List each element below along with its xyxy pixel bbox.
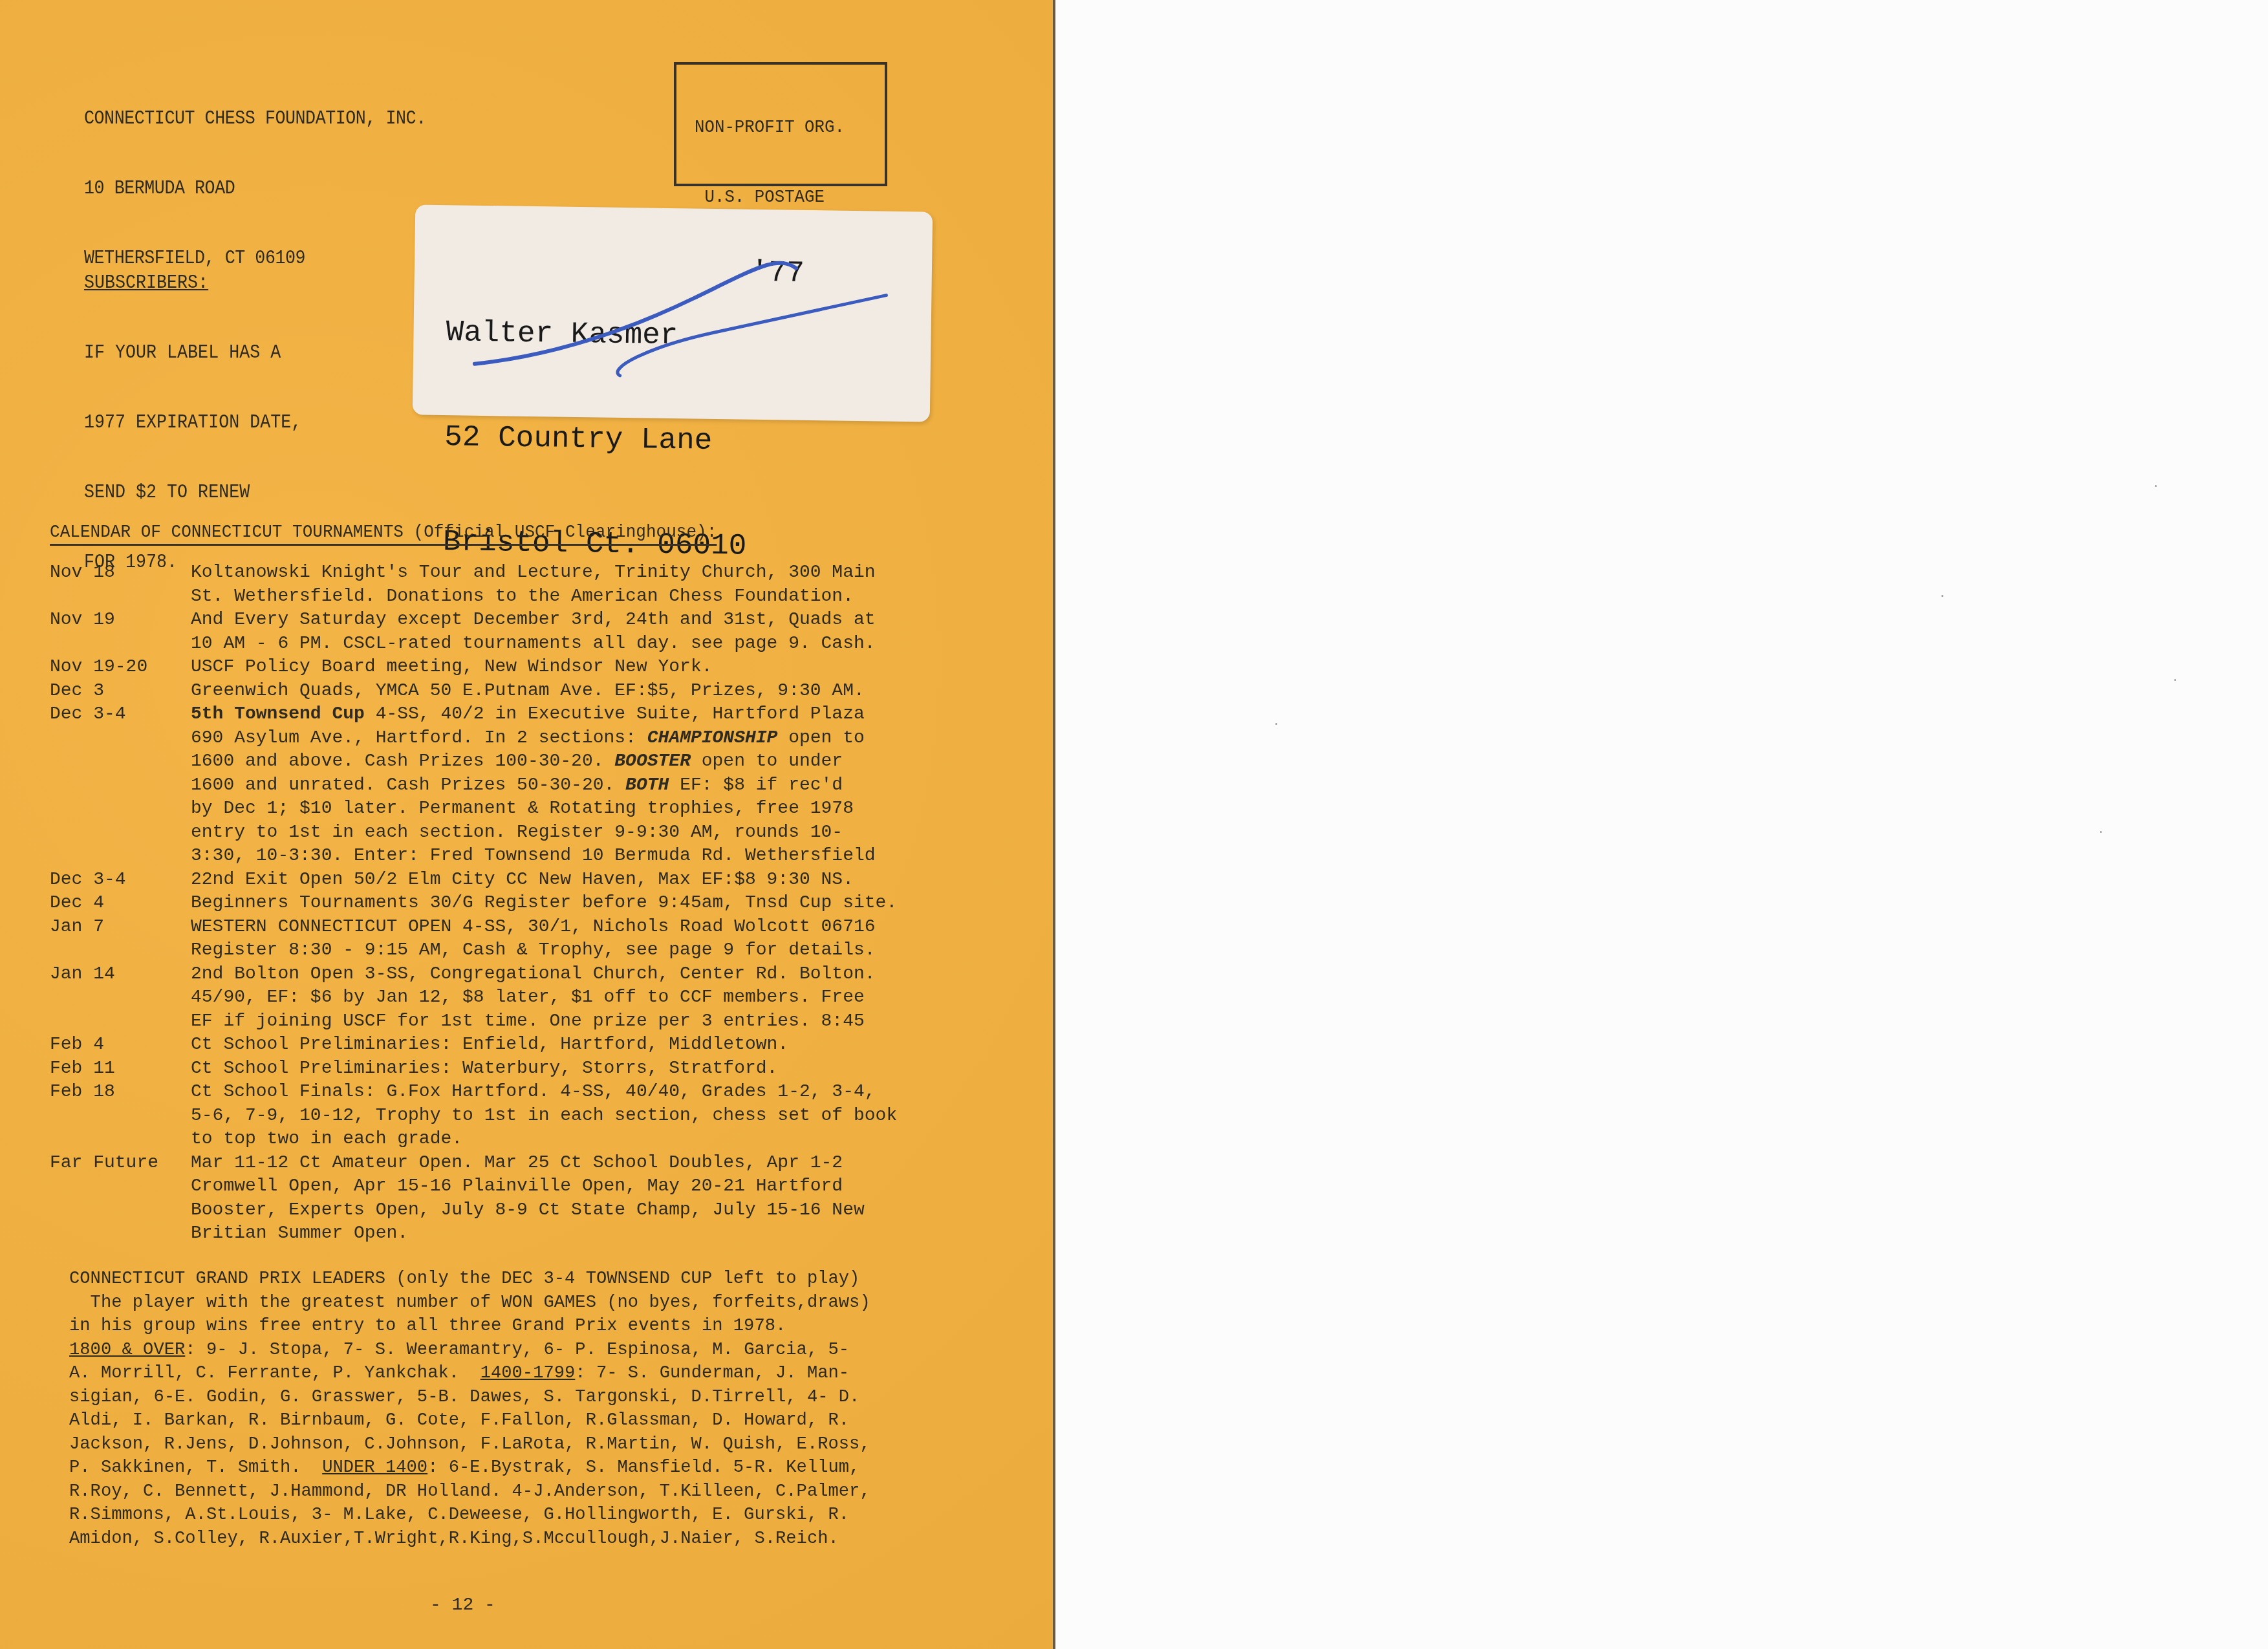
entry-description: Ct School Preliminaries: Enfield, Hartfo… [191, 1033, 994, 1057]
grand-prix-line: Amidon, S.Colley, R.Auxier,T.Wright,R.Ki… [69, 1527, 870, 1551]
subscribers-heading: SUBSCRIBERS: [84, 272, 301, 295]
paper-speck [1275, 723, 1277, 725]
entry-description: 22nd Exit Open 50/2 Elm City CC New Have… [191, 868, 994, 892]
emphasis-text: CHAMPIONSHIP [647, 728, 778, 748]
emphasis-text: UNDER 1400 [322, 1458, 427, 1478]
grand-prix-line: R.Roy, C. Bennett, J.Hammond, DR Holland… [69, 1480, 870, 1504]
newsletter-back-page: CONNECTICUT CHESS FOUNDATION, INC. 10 BE… [0, 0, 1053, 1649]
calendar-entry: Far FutureMar 11-12 Ct Amateur Open. Mar… [50, 1152, 994, 1246]
entry-date: Feb 18 [50, 1081, 191, 1152]
entry-date: Feb 4 [50, 1033, 191, 1057]
page-number: - 12 - [430, 1595, 495, 1615]
calendar-entry: Feb 11Ct School Preliminaries: Waterbury… [50, 1057, 994, 1081]
emphasis-text: 1800 & OVER [69, 1340, 185, 1360]
emphasis-text: 1400-1799 [481, 1363, 576, 1383]
entry-date: Feb 11 [50, 1057, 191, 1081]
grand-prix-line: sigian, 6-E. Godin, G. Grasswer, 5-B. Da… [69, 1386, 870, 1410]
grand-prix-line: A. Morrill, C. Ferrante, P. Yankchak. 14… [69, 1362, 870, 1386]
emphasis-text: BOTH [625, 775, 669, 795]
grand-prix-line: R.Simmons, A.St.Louis, 3- M.Lake, C.Dewe… [69, 1503, 870, 1527]
grand-prix-line: Aldi, I. Barkan, R. Birnbaum, G. Cote, F… [69, 1409, 870, 1433]
calendar-entry: Nov 18Koltanowski Knight's Tour and Lect… [50, 561, 994, 609]
grand-prix-line: CONNECTICUT GRAND PRIX LEADERS (only the… [69, 1267, 870, 1291]
entry-date: Far Future [50, 1152, 191, 1246]
postage-permit-box: NON-PROFIT ORG. U.S. POSTAGE PAID PERMIT… [674, 62, 887, 186]
entry-description: USCF Policy Board meeting, New Windsor N… [191, 656, 994, 680]
entry-description: And Every Saturday except December 3rd, … [191, 609, 994, 656]
calendar-entry: Nov 19And Every Saturday except December… [50, 609, 994, 656]
grand-prix-line: P. Sakkinen, T. Smith. UNDER 1400: 6-E.B… [69, 1456, 870, 1480]
entry-description: Greenwich Quads, YMCA 50 E.Putnam Ave. E… [191, 680, 994, 704]
entry-description: 5th Townsend Cup 4-SS, 40/2 in Executive… [191, 703, 994, 868]
entry-date: Nov 19 [50, 609, 191, 656]
calendar-entry: Feb 18Ct School Finals: G.Fox Hartford. … [50, 1081, 994, 1152]
sender-line: CONNECTICUT CHESS FOUNDATION, INC. [84, 107, 426, 131]
mailing-label: Walter Kasmer 52 Country Lane Bristol Ct… [413, 204, 933, 422]
calendar-entry: Feb 4Ct School Preliminaries: Enfield, H… [50, 1033, 994, 1057]
tournament-calendar: Nov 18Koltanowski Knight's Tour and Lect… [50, 561, 994, 1246]
paper-speck [2155, 485, 2157, 487]
entry-date: Jan 14 [50, 963, 191, 1034]
calendar-title: CALENDAR OF CONNECTICUT TOURNAMENTS (Off… [50, 523, 717, 546]
entry-date: Nov 19-20 [50, 656, 191, 680]
calendar-entry: Nov 19-20USCF Policy Board meeting, New … [50, 656, 994, 680]
entry-date: Dec 3-4 [50, 703, 191, 868]
grand-prix-line: The player with the greatest number of W… [69, 1291, 870, 1315]
entry-description: WESTERN CONNECTICUT OPEN 4-SS, 30/1, Nic… [191, 916, 994, 963]
entry-date: Dec 3-4 [50, 868, 191, 892]
calendar-entry: Jan 142nd Bolton Open 3-SS, Congregation… [50, 963, 994, 1034]
grand-prix-leaders: CONNECTICUT GRAND PRIX LEADERS (only the… [69, 1267, 870, 1551]
calendar-entry: Dec 4Beginners Tournaments 30/G Register… [50, 892, 994, 916]
paper-speck [2100, 831, 2102, 833]
blank-facing-page [1055, 0, 2268, 1649]
calendar-entry: Dec 3Greenwich Quads, YMCA 50 E.Putnam A… [50, 680, 994, 704]
calendar-entry: Dec 3-422nd Exit Open 50/2 Elm City CC N… [50, 868, 994, 892]
subscribers-line: 1977 EXPIRATION DATE, [84, 411, 301, 435]
entry-description: Ct School Finals: G.Fox Hartford. 4-SS, … [191, 1081, 994, 1152]
grand-prix-line: Jackson, R.Jens, D.Johnson, C.Johnson, F… [69, 1433, 870, 1457]
postage-line: U.S. POSTAGE [695, 186, 869, 210]
label-street: 52 Country Lane [444, 420, 748, 459]
entry-date: Dec 4 [50, 892, 191, 916]
subscribers-line: IF YOUR LABEL HAS A [84, 341, 301, 365]
grand-prix-line: 1800 & OVER: 9- J. Stopa, 7- S. Weeraman… [69, 1339, 870, 1363]
entry-date: Nov 18 [50, 561, 191, 609]
entry-date: Dec 3 [50, 680, 191, 704]
entry-description: Mar 11-12 Ct Amateur Open. Mar 25 Ct Sch… [191, 1152, 994, 1246]
subscribers-line: SEND $2 TO RENEW [84, 481, 301, 504]
sender-line: 10 BERMUDA ROAD [84, 177, 426, 200]
emphasis-text: BOOSTER [614, 751, 691, 771]
grand-prix-line: in his group wins free entry to all thre… [69, 1315, 870, 1339]
entry-description: Koltanowski Knight's Tour and Lecture, T… [191, 561, 994, 609]
paper-speck [2174, 679, 2176, 681]
postage-line: NON-PROFIT ORG. [695, 116, 869, 140]
pen-strikethrough-icon [413, 204, 933, 422]
event-name: 5th Townsend Cup [191, 704, 365, 724]
calendar-entry: Dec 3-45th Townsend Cup 4-SS, 40/2 in Ex… [50, 703, 994, 868]
entry-description: 2nd Bolton Open 3-SS, Congregational Chu… [191, 963, 994, 1034]
paper-speck [1941, 595, 1943, 597]
entry-date: Jan 7 [50, 916, 191, 963]
entry-description: Beginners Tournaments 30/G Register befo… [191, 892, 994, 916]
entry-description: Ct School Preliminaries: Waterbury, Stor… [191, 1057, 994, 1081]
calendar-entry: Jan 7WESTERN CONNECTICUT OPEN 4-SS, 30/1… [50, 916, 994, 963]
